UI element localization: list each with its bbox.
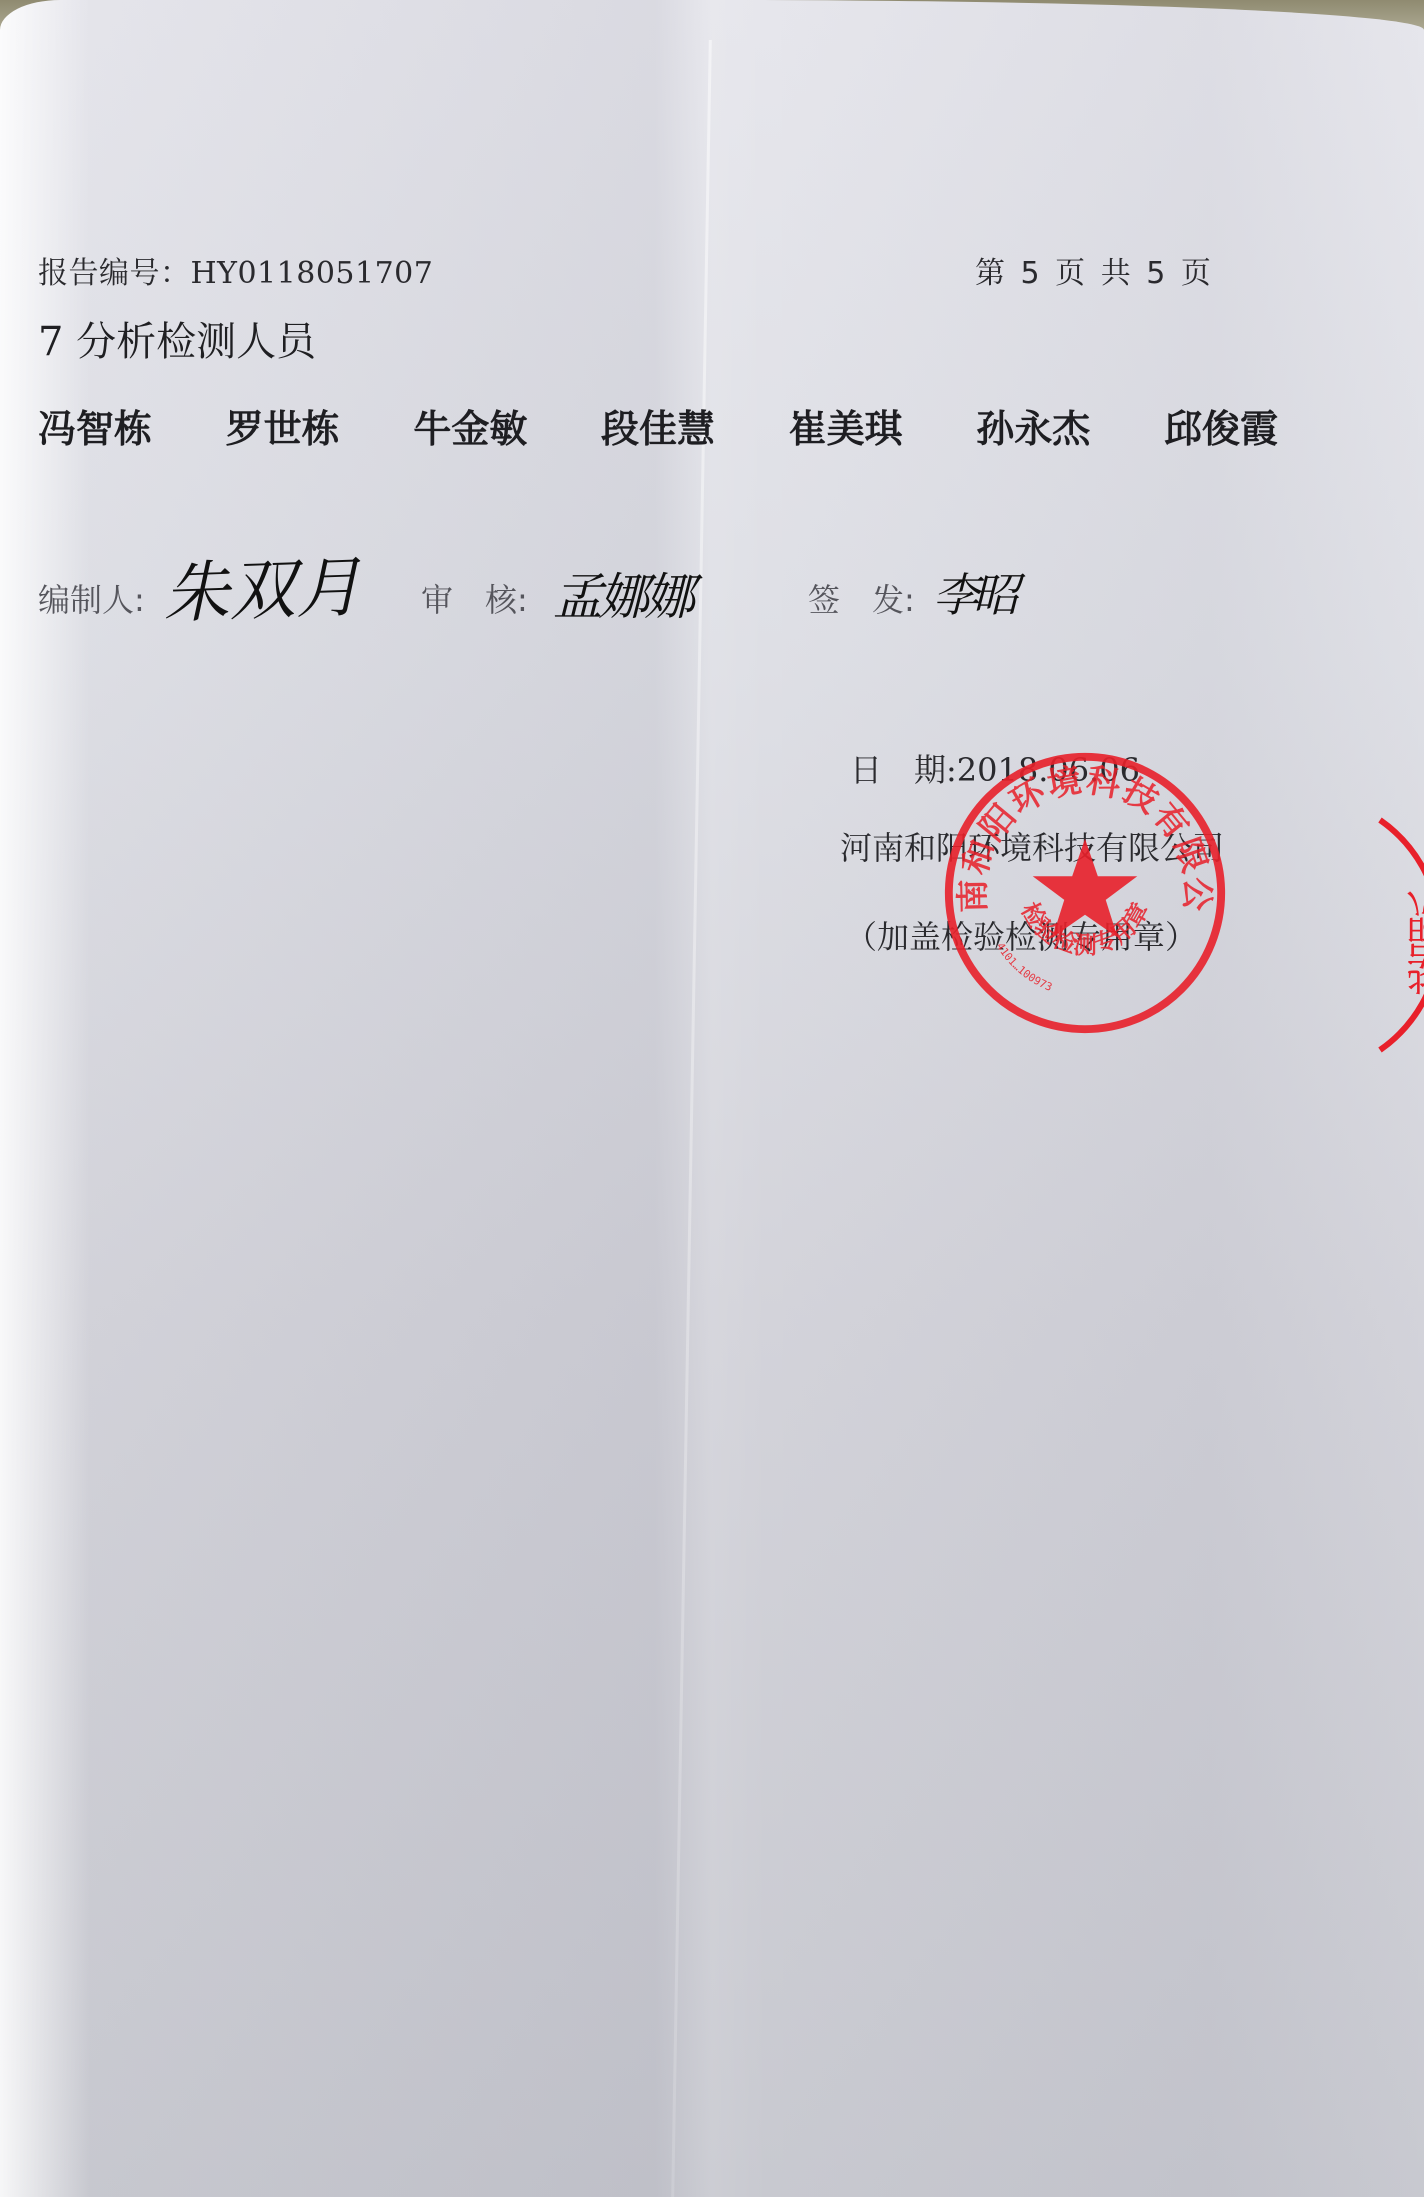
analyst-name: 崔美琪 <box>789 398 903 453</box>
reviewer-signature: 孟娜娜 <box>553 557 691 629</box>
compiler-label: 编制人: <box>38 575 145 621</box>
date-label: 日 期: <box>850 751 957 789</box>
analyst-name: 邱俊霞 <box>1164 398 1278 453</box>
company-name: 河南和阳环境科技有限公司 <box>840 823 1224 869</box>
analyst-name: 段佳慧 <box>601 398 715 453</box>
partial-seal-text: 比右阳八 <box>1408 891 1424 995</box>
issuer-signature: 李昭 <box>933 559 1013 625</box>
date-value: 2018.06.06 <box>957 751 1140 789</box>
document-page: 报告编号：HY0118051707 第 5 页 共 5 页 7 分析检测人员 冯… <box>0 0 1424 2197</box>
partial-seal-edge: 比右阳八 <box>1375 815 1424 1055</box>
analyst-name: 牛金敏 <box>413 398 527 453</box>
analyst-list: 冯智栋 罗世栋 牛金敏 段佳慧 崔美琪 孙永杰 邱俊霞 <box>38 398 1278 453</box>
paper-fold-crease <box>671 40 712 2197</box>
page-info: 第 5 页 共 5 页 <box>975 248 1211 292</box>
seal-note: （加盖检验检测专用章） <box>845 912 1197 958</box>
issuer-label: 签 发: <box>808 575 915 621</box>
analyst-name: 冯智栋 <box>38 398 152 453</box>
report-number-value: HY0118051707 <box>191 256 434 291</box>
report-number-label: 报告编号： <box>38 256 191 291</box>
issue-date: 日 期:2018.06.06 <box>850 745 1140 791</box>
compiler-signature: 朱双月 <box>161 534 362 636</box>
reviewer-label: 审 核: <box>421 575 528 621</box>
report-number: 报告编号：HY0118051707 <box>38 248 433 292</box>
section-title: 7 分析检测人员 <box>38 310 316 367</box>
analyst-name: 孙永杰 <box>976 398 1090 453</box>
analyst-name: 罗世栋 <box>226 398 340 453</box>
